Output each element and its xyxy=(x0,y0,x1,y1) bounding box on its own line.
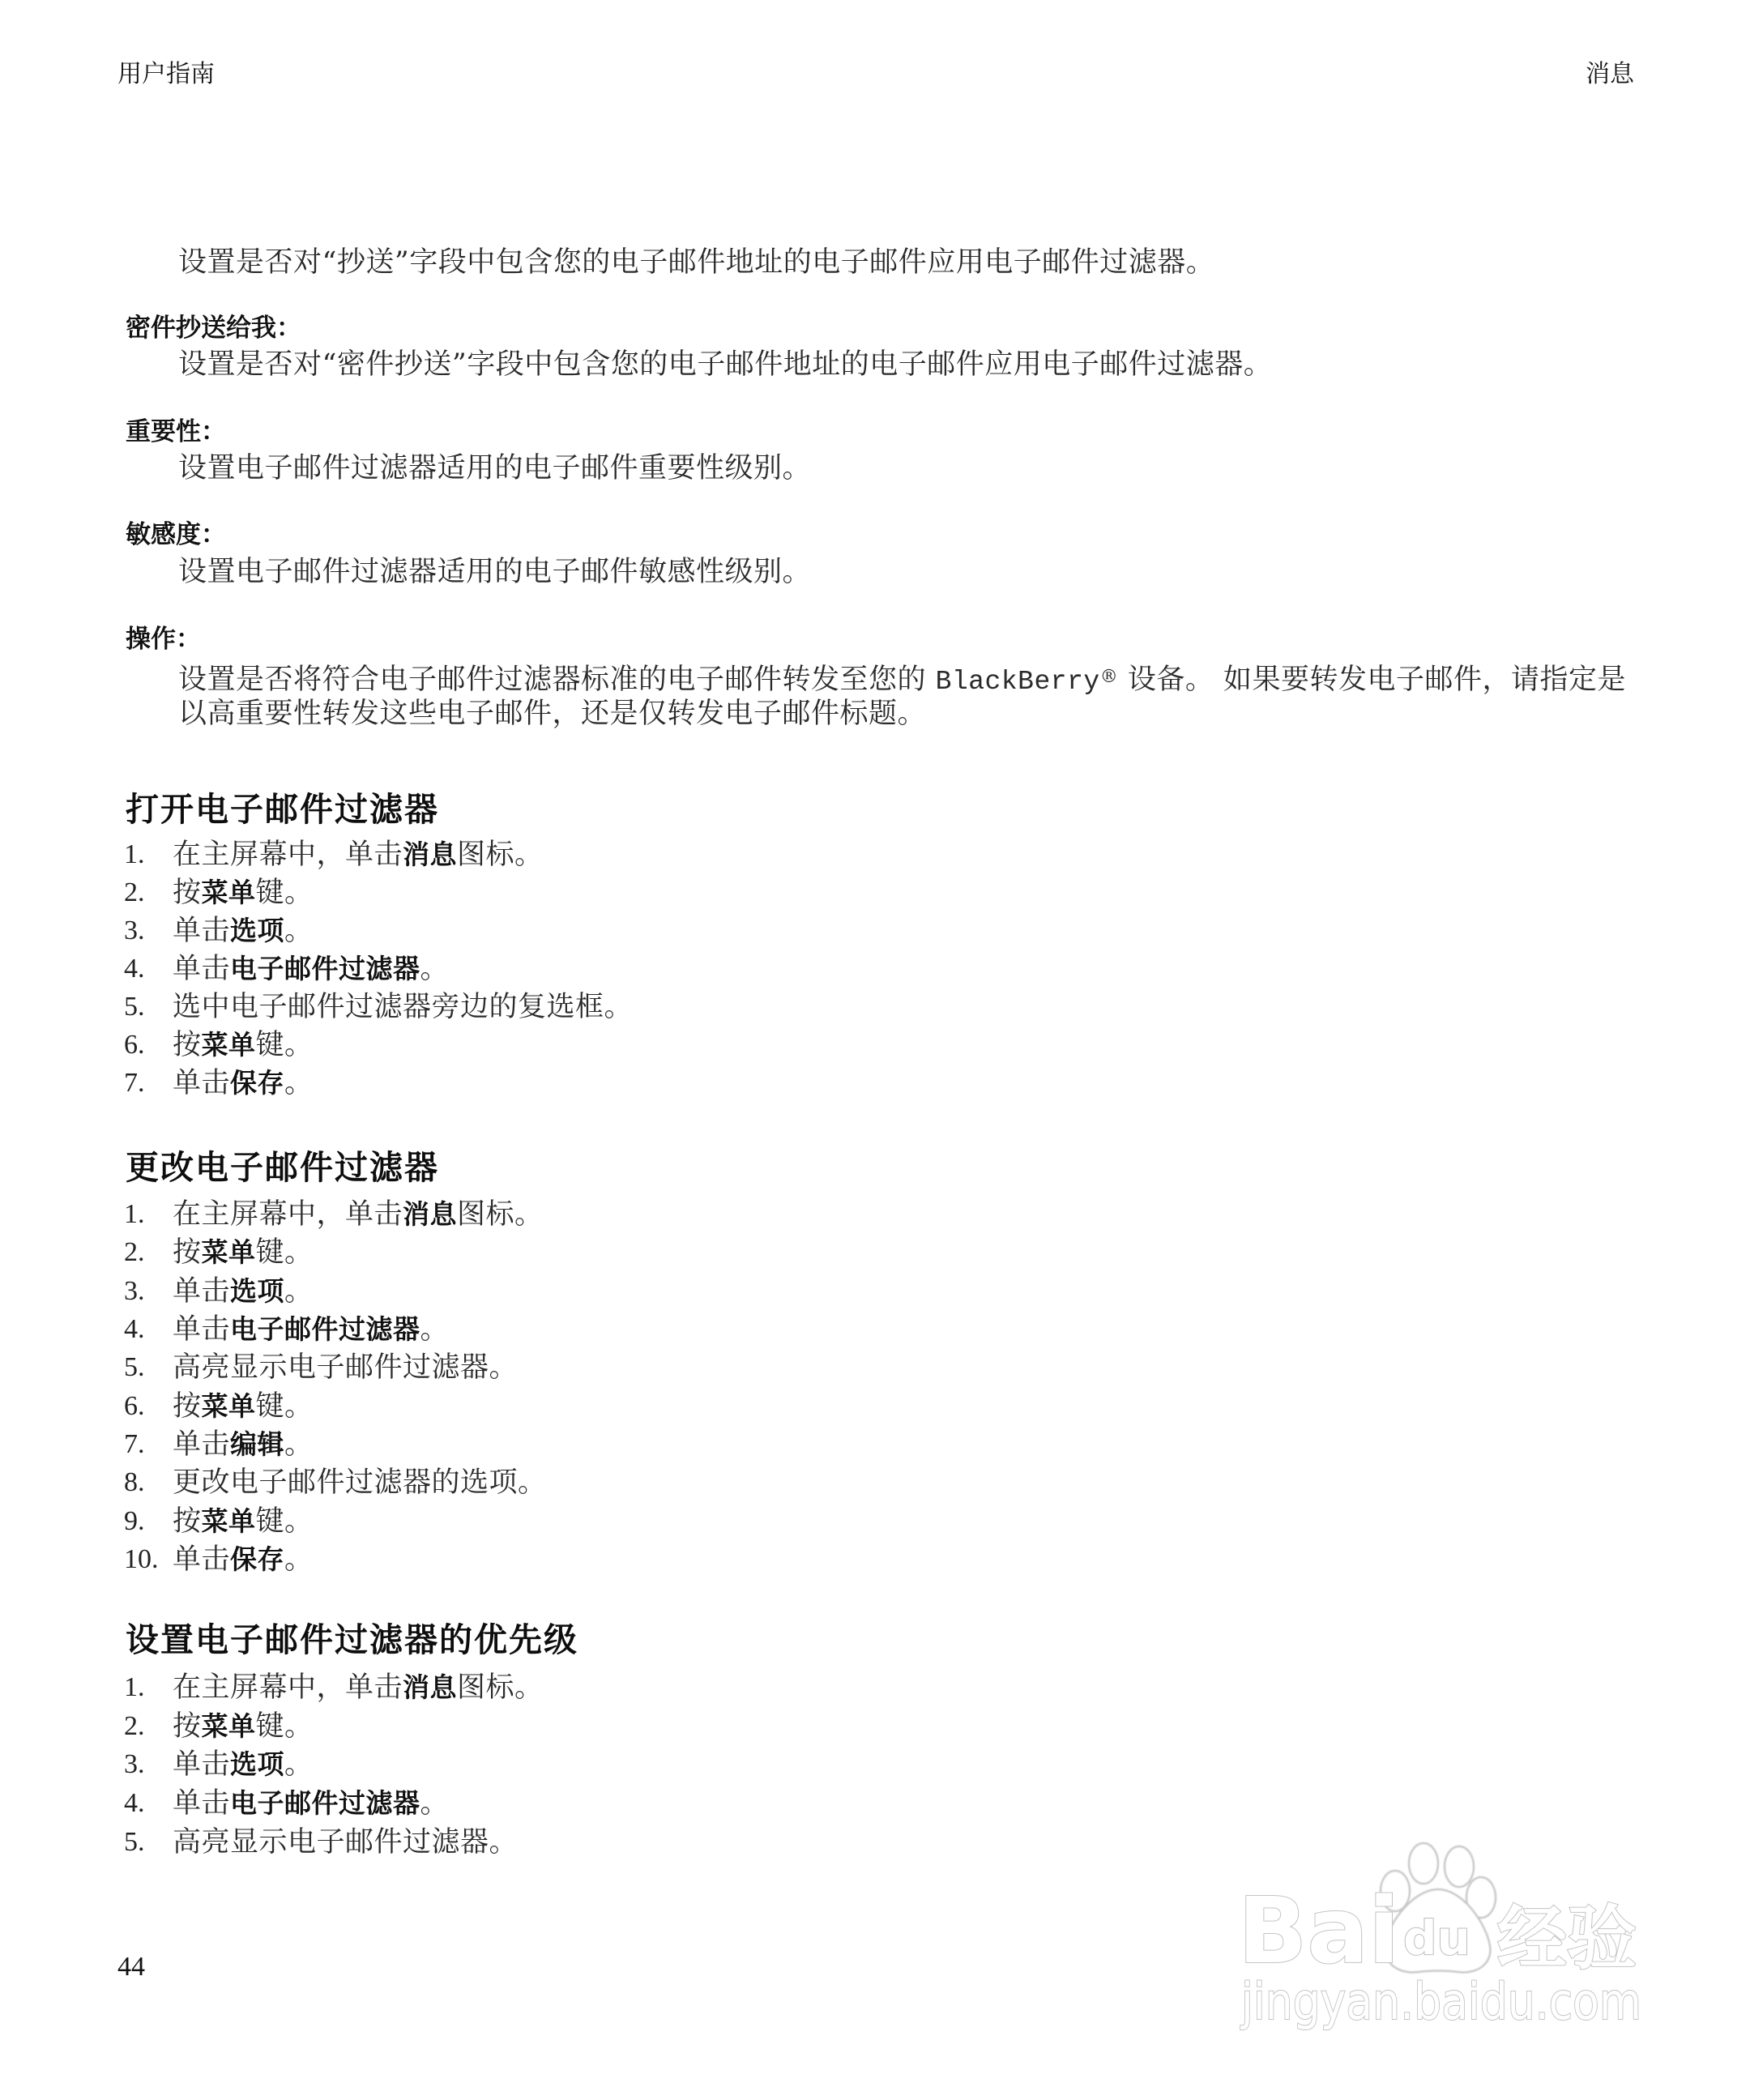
step-number: 7. xyxy=(124,1427,173,1462)
step-item: 1.在主屏幕中，单击消息图标。 xyxy=(124,1197,544,1232)
step-text-post: 。 xyxy=(284,1067,314,1099)
step-item: 4.单击电子邮件过滤器。 xyxy=(124,1312,449,1347)
ui-term: 编辑 xyxy=(230,1428,284,1460)
step-text: 在主屏幕中，单击 xyxy=(173,1198,403,1231)
section-heading-change-filter: 更改电子邮件过滤器 xyxy=(126,1146,439,1189)
step-text-post: 图标。 xyxy=(457,1671,544,1704)
step-text-post: 。 xyxy=(420,1313,450,1346)
ui-term: 选项 xyxy=(230,1275,284,1307)
step-number: 1. xyxy=(124,1670,173,1705)
definition-sensitivity-description: 设置电子邮件过滤器适用的电子邮件敏感性级别。 xyxy=(178,554,811,590)
step-item: 3.单击选项。 xyxy=(124,1274,314,1309)
step-text: 按 xyxy=(173,1390,202,1423)
step-text: 按 xyxy=(173,877,202,909)
action-text-pre: 设置是否将符合电子邮件过滤器标准的电子邮件转发至您的 xyxy=(178,664,936,696)
step-number: 2. xyxy=(124,1709,173,1744)
action-text-post: 设备。 如果要转发电子邮件，请指定是 xyxy=(1118,664,1626,696)
ui-term: 消息 xyxy=(403,1198,457,1230)
ui-term: 保存 xyxy=(230,1067,284,1099)
step-text: 单击 xyxy=(173,915,230,947)
step-text-post: 。 xyxy=(284,1748,314,1781)
ui-term: 选项 xyxy=(230,915,284,946)
step-item: 10.单击保存。 xyxy=(124,1542,314,1577)
step-text-post: 图标。 xyxy=(457,1198,544,1231)
step-number: 4. xyxy=(124,1312,173,1347)
definition-term-sensitivity: 敏感度： xyxy=(126,519,226,551)
step-item: 3.单击选项。 xyxy=(124,1747,314,1782)
step-text-post: 键。 xyxy=(256,877,314,909)
step-item: 1.在主屏幕中，单击消息图标。 xyxy=(124,837,544,873)
ui-term: 菜单 xyxy=(202,1390,256,1422)
step-item: 5.高亮显示电子邮件过滤器。 xyxy=(124,1350,518,1385)
step-text-post: 键。 xyxy=(256,1029,314,1061)
step-number: 4. xyxy=(124,1786,173,1821)
step-text-post: 键。 xyxy=(256,1236,314,1269)
step-item: 7.单击保存。 xyxy=(124,1065,314,1101)
step-item: 2.按菜单键。 xyxy=(124,1235,314,1270)
running-header-left: 用户指南 xyxy=(117,58,215,91)
definition-importance-description: 设置电子邮件过滤器适用的电子邮件重要性级别。 xyxy=(178,450,811,486)
step-text-post: 。 xyxy=(284,1543,314,1576)
step-number: 3. xyxy=(124,1747,173,1782)
step-text: 在主屏幕中，单击 xyxy=(173,1671,403,1704)
step-number: 5. xyxy=(124,989,173,1025)
step-number: 6. xyxy=(124,1389,173,1424)
ui-term: 保存 xyxy=(230,1543,284,1575)
step-text: 单击 xyxy=(173,1275,230,1308)
step-item: 8.更改电子邮件过滤器的选项。 xyxy=(124,1465,547,1500)
brand-blackberry: BlackBerry xyxy=(936,667,1100,697)
step-text-post: 键。 xyxy=(256,1710,314,1743)
step-text: 按 xyxy=(173,1236,202,1269)
ui-term: 电子邮件过滤器 xyxy=(230,1313,420,1345)
step-text: 单击 xyxy=(173,1748,230,1781)
step-text-post: 图标。 xyxy=(457,839,544,871)
definition-term-bcc: 密件抄送给我： xyxy=(126,312,301,344)
ui-term: 选项 xyxy=(230,1748,284,1780)
ui-term: 菜单 xyxy=(202,1029,256,1061)
step-text: 单击 xyxy=(173,953,230,985)
definition-term-importance: 重要性： xyxy=(126,416,226,448)
step-item: 3.单击选项。 xyxy=(124,913,314,949)
step-number: 10. xyxy=(124,1542,173,1577)
step-text-post: 。 xyxy=(420,1787,450,1820)
step-text: 在主屏幕中，单击 xyxy=(173,839,403,871)
step-text: 更改电子邮件过滤器的选项。 xyxy=(173,1466,547,1499)
step-item: 2.按菜单键。 xyxy=(124,875,314,911)
step-item: 5.高亮显示电子邮件过滤器。 xyxy=(124,1825,518,1860)
definition-bcc-description: 设置是否对“密件抄送”字段中包含您的电子邮件地址的电子邮件应用电子邮件过滤器。 xyxy=(178,347,1272,382)
step-text: 高亮显示电子邮件过滤器。 xyxy=(173,1351,518,1384)
ui-term: 消息 xyxy=(403,1671,457,1703)
definition-term-action: 操作： xyxy=(126,623,201,655)
step-text-post: 。 xyxy=(284,1275,314,1308)
step-number: 2. xyxy=(124,875,173,911)
step-text: 单击 xyxy=(173,1067,230,1099)
ui-term: 电子邮件过滤器 xyxy=(230,1787,420,1819)
step-number: 7. xyxy=(124,1065,173,1101)
step-text: 选中电子邮件过滤器旁边的复选框。 xyxy=(173,991,633,1023)
step-number: 1. xyxy=(124,1197,173,1232)
step-text-post: 。 xyxy=(420,953,450,985)
step-text-post: 。 xyxy=(284,1428,314,1461)
definition-cc-description: 设置是否对“抄送”字段中包含您的电子邮件地址的电子邮件应用电子邮件过滤器。 xyxy=(178,245,1214,280)
step-text: 单击 xyxy=(173,1543,230,1576)
step-number: 3. xyxy=(124,913,173,949)
ui-term: 菜单 xyxy=(202,1505,256,1537)
step-number: 4. xyxy=(124,951,173,987)
page-number: 44 xyxy=(117,1951,145,1983)
ui-term: 菜单 xyxy=(202,1710,256,1742)
step-item: 4.单击电子邮件过滤器。 xyxy=(124,1786,449,1821)
step-item: 1.在主屏幕中，单击消息图标。 xyxy=(124,1670,544,1705)
step-text: 单击 xyxy=(173,1428,230,1461)
definition-action-description-line1: 设置是否将符合电子邮件过滤器标准的电子邮件转发至您的 BlackBerry® 设… xyxy=(178,659,1626,695)
step-number: 9. xyxy=(124,1504,173,1539)
step-item: 2.按菜单键。 xyxy=(124,1709,314,1744)
step-text-post: 键。 xyxy=(256,1390,314,1423)
baidu-paw-logo-icon: Bai du 经验 jingyan.baidu.com xyxy=(1231,1833,1653,2043)
section-heading-open-filter: 打开电子邮件过滤器 xyxy=(126,788,439,830)
watermark-bai: Bai xyxy=(1238,1879,1399,1984)
baidu-jingyan-watermark: Bai du 经验 jingyan.baidu.com xyxy=(1231,1833,1653,2043)
step-text: 按 xyxy=(173,1505,202,1538)
step-text: 按 xyxy=(173,1710,202,1743)
step-text-post: 键。 xyxy=(256,1505,314,1538)
step-number: 5. xyxy=(124,1350,173,1385)
step-item: 4.单击电子邮件过滤器。 xyxy=(124,951,449,987)
step-item: 7.单击编辑。 xyxy=(124,1427,314,1462)
watermark-jingyan-cn: 经验 xyxy=(1497,1898,1637,1979)
ui-term: 消息 xyxy=(403,839,457,870)
step-number: 2. xyxy=(124,1235,173,1270)
step-item: 6.按菜单键。 xyxy=(124,1027,314,1063)
ui-term: 菜单 xyxy=(202,877,256,908)
running-header-right: 消息 xyxy=(1586,58,1634,91)
step-number: 1. xyxy=(124,837,173,873)
section-heading-filter-priority: 设置电子邮件过滤器的优先级 xyxy=(126,1619,578,1661)
step-text: 单击 xyxy=(173,1787,230,1820)
step-item: 5.选中电子邮件过滤器旁边的复选框。 xyxy=(124,989,633,1025)
step-item: 6.按菜单键。 xyxy=(124,1389,314,1424)
ui-term: 电子邮件过滤器 xyxy=(230,953,420,984)
ui-term: 菜单 xyxy=(202,1236,256,1268)
step-item: 9.按菜单键。 xyxy=(124,1504,314,1539)
watermark-du: du xyxy=(1403,1910,1470,1966)
step-number: 3. xyxy=(124,1274,173,1309)
step-number: 8. xyxy=(124,1465,173,1500)
step-text: 高亮显示电子邮件过滤器。 xyxy=(173,1826,518,1859)
step-number: 6. xyxy=(124,1027,173,1063)
definition-action-description-line2: 以高重要性转发这些电子邮件，还是仅转发电子邮件标题。 xyxy=(178,696,926,732)
step-number: 5. xyxy=(124,1825,173,1860)
watermark-url: jingyan.baidu.com xyxy=(1240,1972,1641,2031)
step-text: 按 xyxy=(173,1029,202,1061)
step-text-post: 。 xyxy=(284,915,314,947)
registered-mark: ® xyxy=(1100,667,1119,687)
step-text: 单击 xyxy=(173,1313,230,1346)
